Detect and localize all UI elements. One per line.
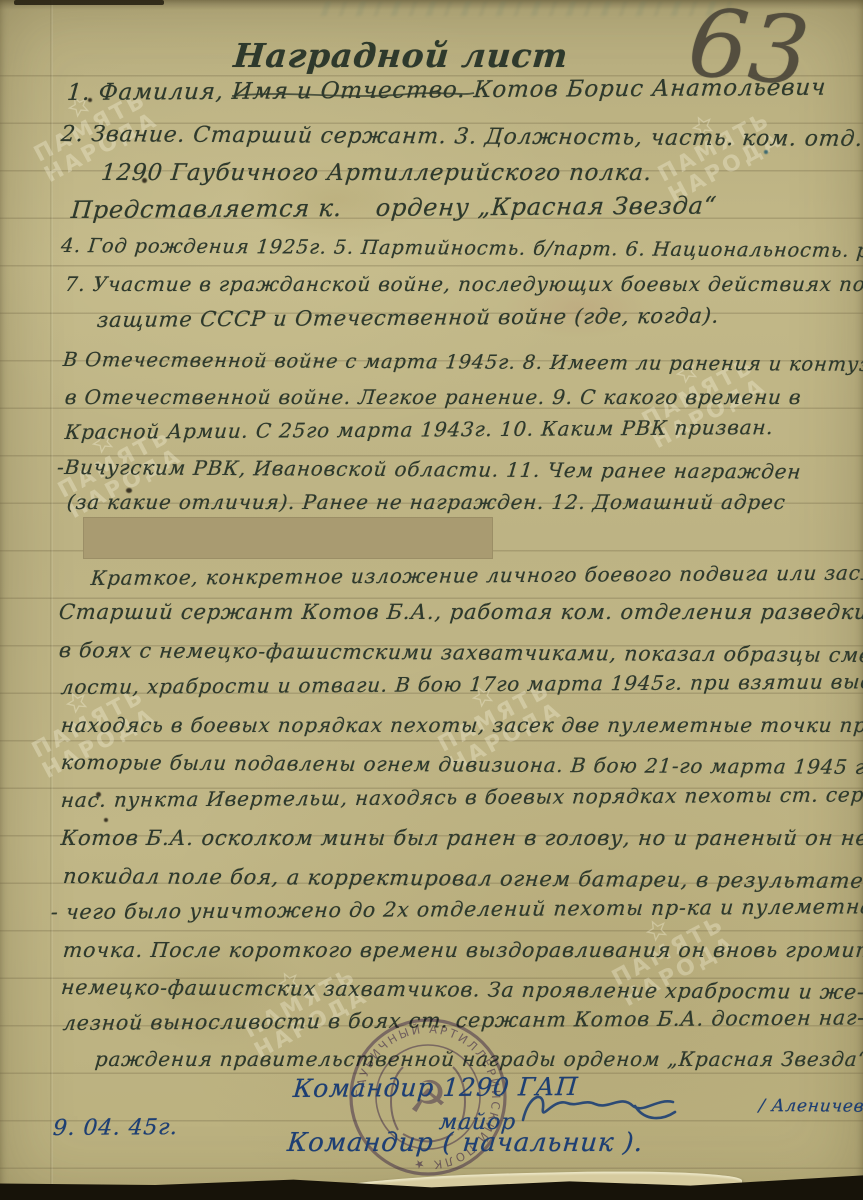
form-line: Красной Армии. С 25го марта 1943г. 10. К…	[64, 415, 775, 444]
countersignature: / Аленичев /.	[758, 1096, 863, 1117]
form-line: 2. Звание. Старший сержант. 3. Должность…	[60, 122, 863, 153]
date: 9. 04. 45г.	[52, 1115, 179, 1141]
citation-line: лости, храбрости и отваги. В бою 17го ма…	[60, 669, 863, 699]
form-line: -Вичугским РВК, Ивановской области. 11. …	[56, 455, 802, 484]
commander-position-line: Командир ( начальник ).	[286, 1128, 645, 1158]
citation-line: точка. После короткого времени выздоравл…	[62, 938, 863, 962]
form-line: (за какие отличия). Ранее не награжден. …	[66, 490, 787, 514]
citation-line: которые были подавлены огнем дивизиона. …	[60, 750, 863, 779]
citation-line: нас. пункта Ивертельш, находясь в боевых…	[60, 782, 863, 812]
paper-crease	[50, 0, 53, 1200]
citation-line: Котов Б.А. осколком мины был ранен в гол…	[60, 826, 863, 850]
citation-line: немецко-фашистских захватчиков. За прояв…	[60, 975, 863, 1004]
award-sheet-document: ПАМЯТЬНАРОДА ПАМЯТЬНАРОДА ПАМЯТЬНАРОДА П…	[0, 0, 863, 1200]
form-line: в Отечественной войне. Легкое ранение. 9…	[64, 385, 802, 409]
form-line: 7. Участие в гражданской войне, последую…	[64, 272, 863, 296]
ink-bleedthrough	[308, 1, 743, 16]
form-line: В Отечественной войне с марта 1945г. 8. …	[62, 348, 863, 376]
form-line: 1290 Гаубичного Артиллерийского полка.	[100, 160, 653, 186]
paper-speck	[104, 818, 108, 822]
citation-line: Краткое, конкретное изложение личного бо…	[90, 560, 863, 590]
citation-line: в боях с немецко-фашистскими захватчикам…	[58, 638, 863, 667]
form-line: Представляется к. ордену „Красная Звезда…	[70, 191, 718, 224]
document-title: Наградной лист	[232, 36, 570, 75]
citation-line: покидал поле боя, а корректировал огнем …	[62, 864, 863, 893]
redacted-address-block	[83, 517, 493, 559]
citation-line: находясь в боевых порядках пехоты, засек…	[60, 713, 863, 737]
citation-line: Старший сержант Котов Б.А., работая ком.…	[58, 600, 863, 624]
form-line: защите СССР и Отечественной войне (где, …	[96, 304, 720, 332]
citation-line: - чего было уничтожено до 2х отделений п…	[50, 894, 863, 924]
form-line: 1. Фамилия, Имя и Отчество. Котов Борис …	[66, 75, 827, 106]
form-line: 4. Год рождения 1925г. 5. Партийность. б…	[60, 234, 863, 262]
